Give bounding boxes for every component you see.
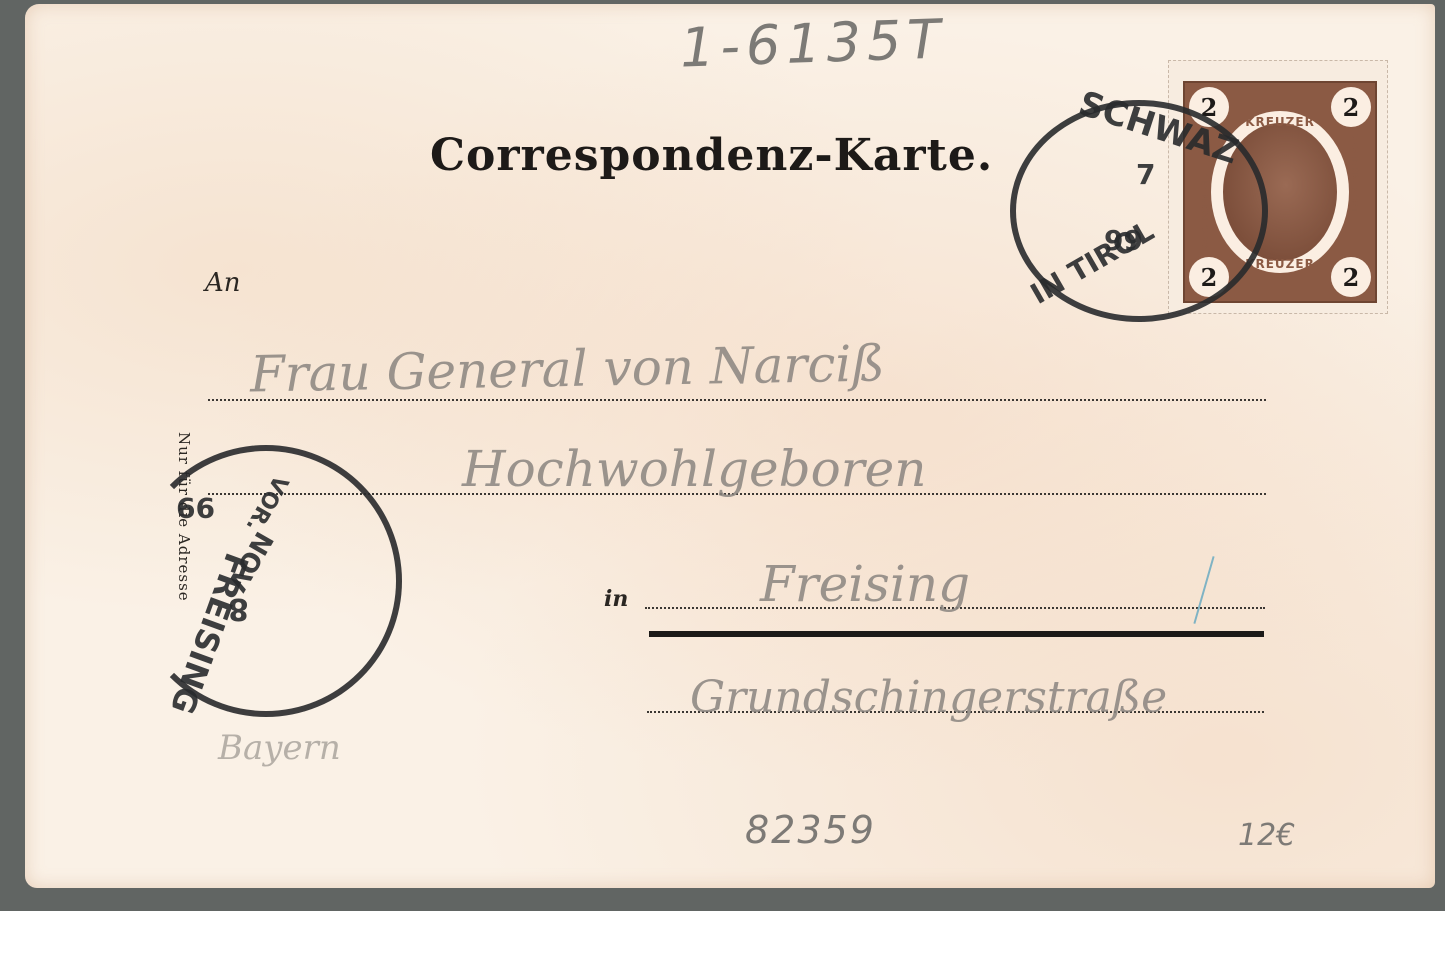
- postmark-time: VOR.: [240, 471, 292, 536]
- postmark-day: 8: [228, 591, 249, 626]
- stamp-denomination-br: 2: [1331, 257, 1371, 297]
- inventory-number: 82359: [745, 808, 876, 852]
- handwritten-street: Grundschingerstraße: [690, 672, 1167, 723]
- handwritten-city: Freising: [760, 555, 970, 613]
- stamp-right-text: OESTERR. POST: [1349, 133, 1359, 251]
- stamp-denomination-tr: 2: [1331, 87, 1371, 127]
- handwritten-recipient: Frau General von Narciß: [250, 334, 886, 403]
- postmark-day: 7: [1136, 158, 1155, 191]
- address-prefix: An: [205, 268, 241, 298]
- schwaz-postmark: SCHWAZ 7 99 IN TIROL: [1010, 100, 1268, 322]
- freising-postmark: FREISING 8 NOV VOR. 99: [130, 445, 402, 717]
- handwritten-region: Bayern: [218, 728, 341, 768]
- postmark-region: IN TIROL: [1025, 214, 1160, 311]
- handwritten-honorific: Hochwohlgeboren: [462, 440, 926, 498]
- pencil-reference: 1-6135T: [679, 7, 947, 79]
- city-underline: [649, 631, 1264, 637]
- city-prefix: in: [604, 586, 628, 612]
- price-tag: 12€: [1238, 818, 1295, 853]
- card-title: Correspondenz-Karte.: [430, 130, 993, 181]
- postmark-year: 99: [176, 491, 215, 524]
